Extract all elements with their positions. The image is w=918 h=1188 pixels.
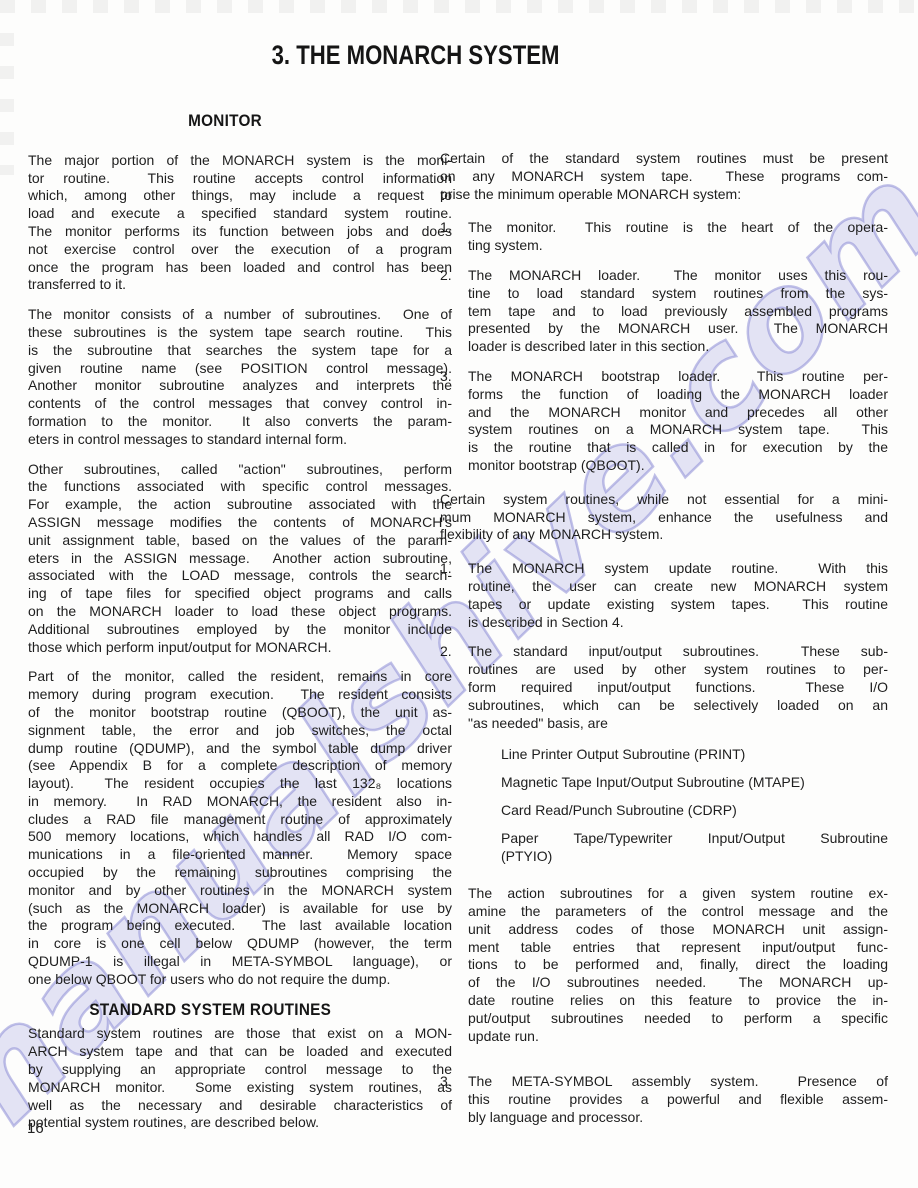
list-number: 3.: [440, 368, 468, 475]
paragraph-monitor-1: The major portion of the MONARCH system …: [28, 152, 452, 294]
io-subroutine-mtape: Magnetic Tape Input/Output Subroutine (M…: [501, 774, 888, 792]
list-number: 2.: [440, 267, 468, 356]
standard-system-routines-heading: STANDARD SYSTEM ROUTINES: [28, 1001, 392, 1019]
list-item-text: The MONARCH bootstrap loader. This routi…: [468, 368, 888, 475]
io-subroutine-cdrp: Card Read/Punch Subroutine (CDRP): [501, 802, 888, 820]
io-subroutine-ptyio: Paper Tape/Typewriter Input/Output Subro…: [501, 830, 888, 866]
paragraph-monitor-3: Other subroutines, called "action" subro…: [28, 461, 452, 657]
list-item-meta-symbol: 3. The META-SYMBOL assembly system. Pres…: [440, 1073, 888, 1126]
page-title-row: 3. THE MONARCH SYSTEM: [0, 40, 875, 71]
list-item-text: The standard input/output subroutines. T…: [468, 643, 888, 1061]
paragraph-standard-routines: Standard system routines are those that …: [28, 1025, 452, 1132]
paragraph-minimum-system-intro: Certain of the standard system routines …: [440, 150, 888, 203]
paragraph-monitor-2: The monitor consists of a number of subr…: [28, 306, 452, 448]
io-subroutine-list: Line Printer Output Subroutine (PRINT) M…: [501, 746, 888, 865]
io-subroutine-print: Line Printer Output Subroutine (PRINT): [501, 746, 888, 764]
paragraph-optional-routines-intro: Certain system routines, while not essen…: [440, 491, 888, 544]
monitor-heading: MONITOR: [28, 112, 422, 130]
film-sprocket-marks-top: [0, 0, 918, 13]
list-number: 1.: [440, 560, 468, 631]
list-item-text: The MONARCH loader. The monitor uses thi…: [468, 267, 888, 356]
page-title: 3. THE MONARCH SYSTEM: [272, 40, 560, 71]
list-item-text: The META-SYMBOL assembly system. Presenc…: [468, 1073, 888, 1126]
film-sprocket-marks-left: [0, 0, 14, 175]
list-item-bootstrap-loader: 3. The MONARCH bootstrap loader. This ro…: [440, 368, 888, 475]
list-number: 2.: [440, 643, 468, 1061]
paragraph-monitor-4: Part of the monitor, called the resident…: [28, 668, 452, 988]
list-item-text: The MONARCH system update routine. With …: [468, 560, 888, 631]
list-item-io-subroutines: 2. The standard input/output subroutines…: [440, 643, 888, 1061]
io-subroutines-intro: The standard input/output subroutines. T…: [468, 643, 888, 732]
paragraph-action-subroutines: The action subroutines for a given syste…: [468, 885, 888, 1045]
list-item-update-routine: 1. The MONARCH system update routine. Wi…: [440, 560, 888, 631]
list-item-text: The monitor. This routine is the heart o…: [468, 219, 888, 255]
list-number: 3.: [440, 1073, 468, 1126]
list-item-monitor: 1. The monitor. This routine is the hear…: [440, 219, 888, 255]
list-item-monarch-loader: 2. The MONARCH loader. The monitor uses …: [440, 267, 888, 356]
list-number: 1.: [440, 219, 468, 255]
scanned-manual-page: manualshive.com 3. THE MONARCH SYSTEM MO…: [0, 0, 918, 1188]
left-column: MONITOR The major portion of the MONARCH…: [28, 112, 452, 1144]
page-number: 16: [27, 1120, 44, 1137]
right-column: Certain of the standard system routines …: [440, 150, 888, 1139]
